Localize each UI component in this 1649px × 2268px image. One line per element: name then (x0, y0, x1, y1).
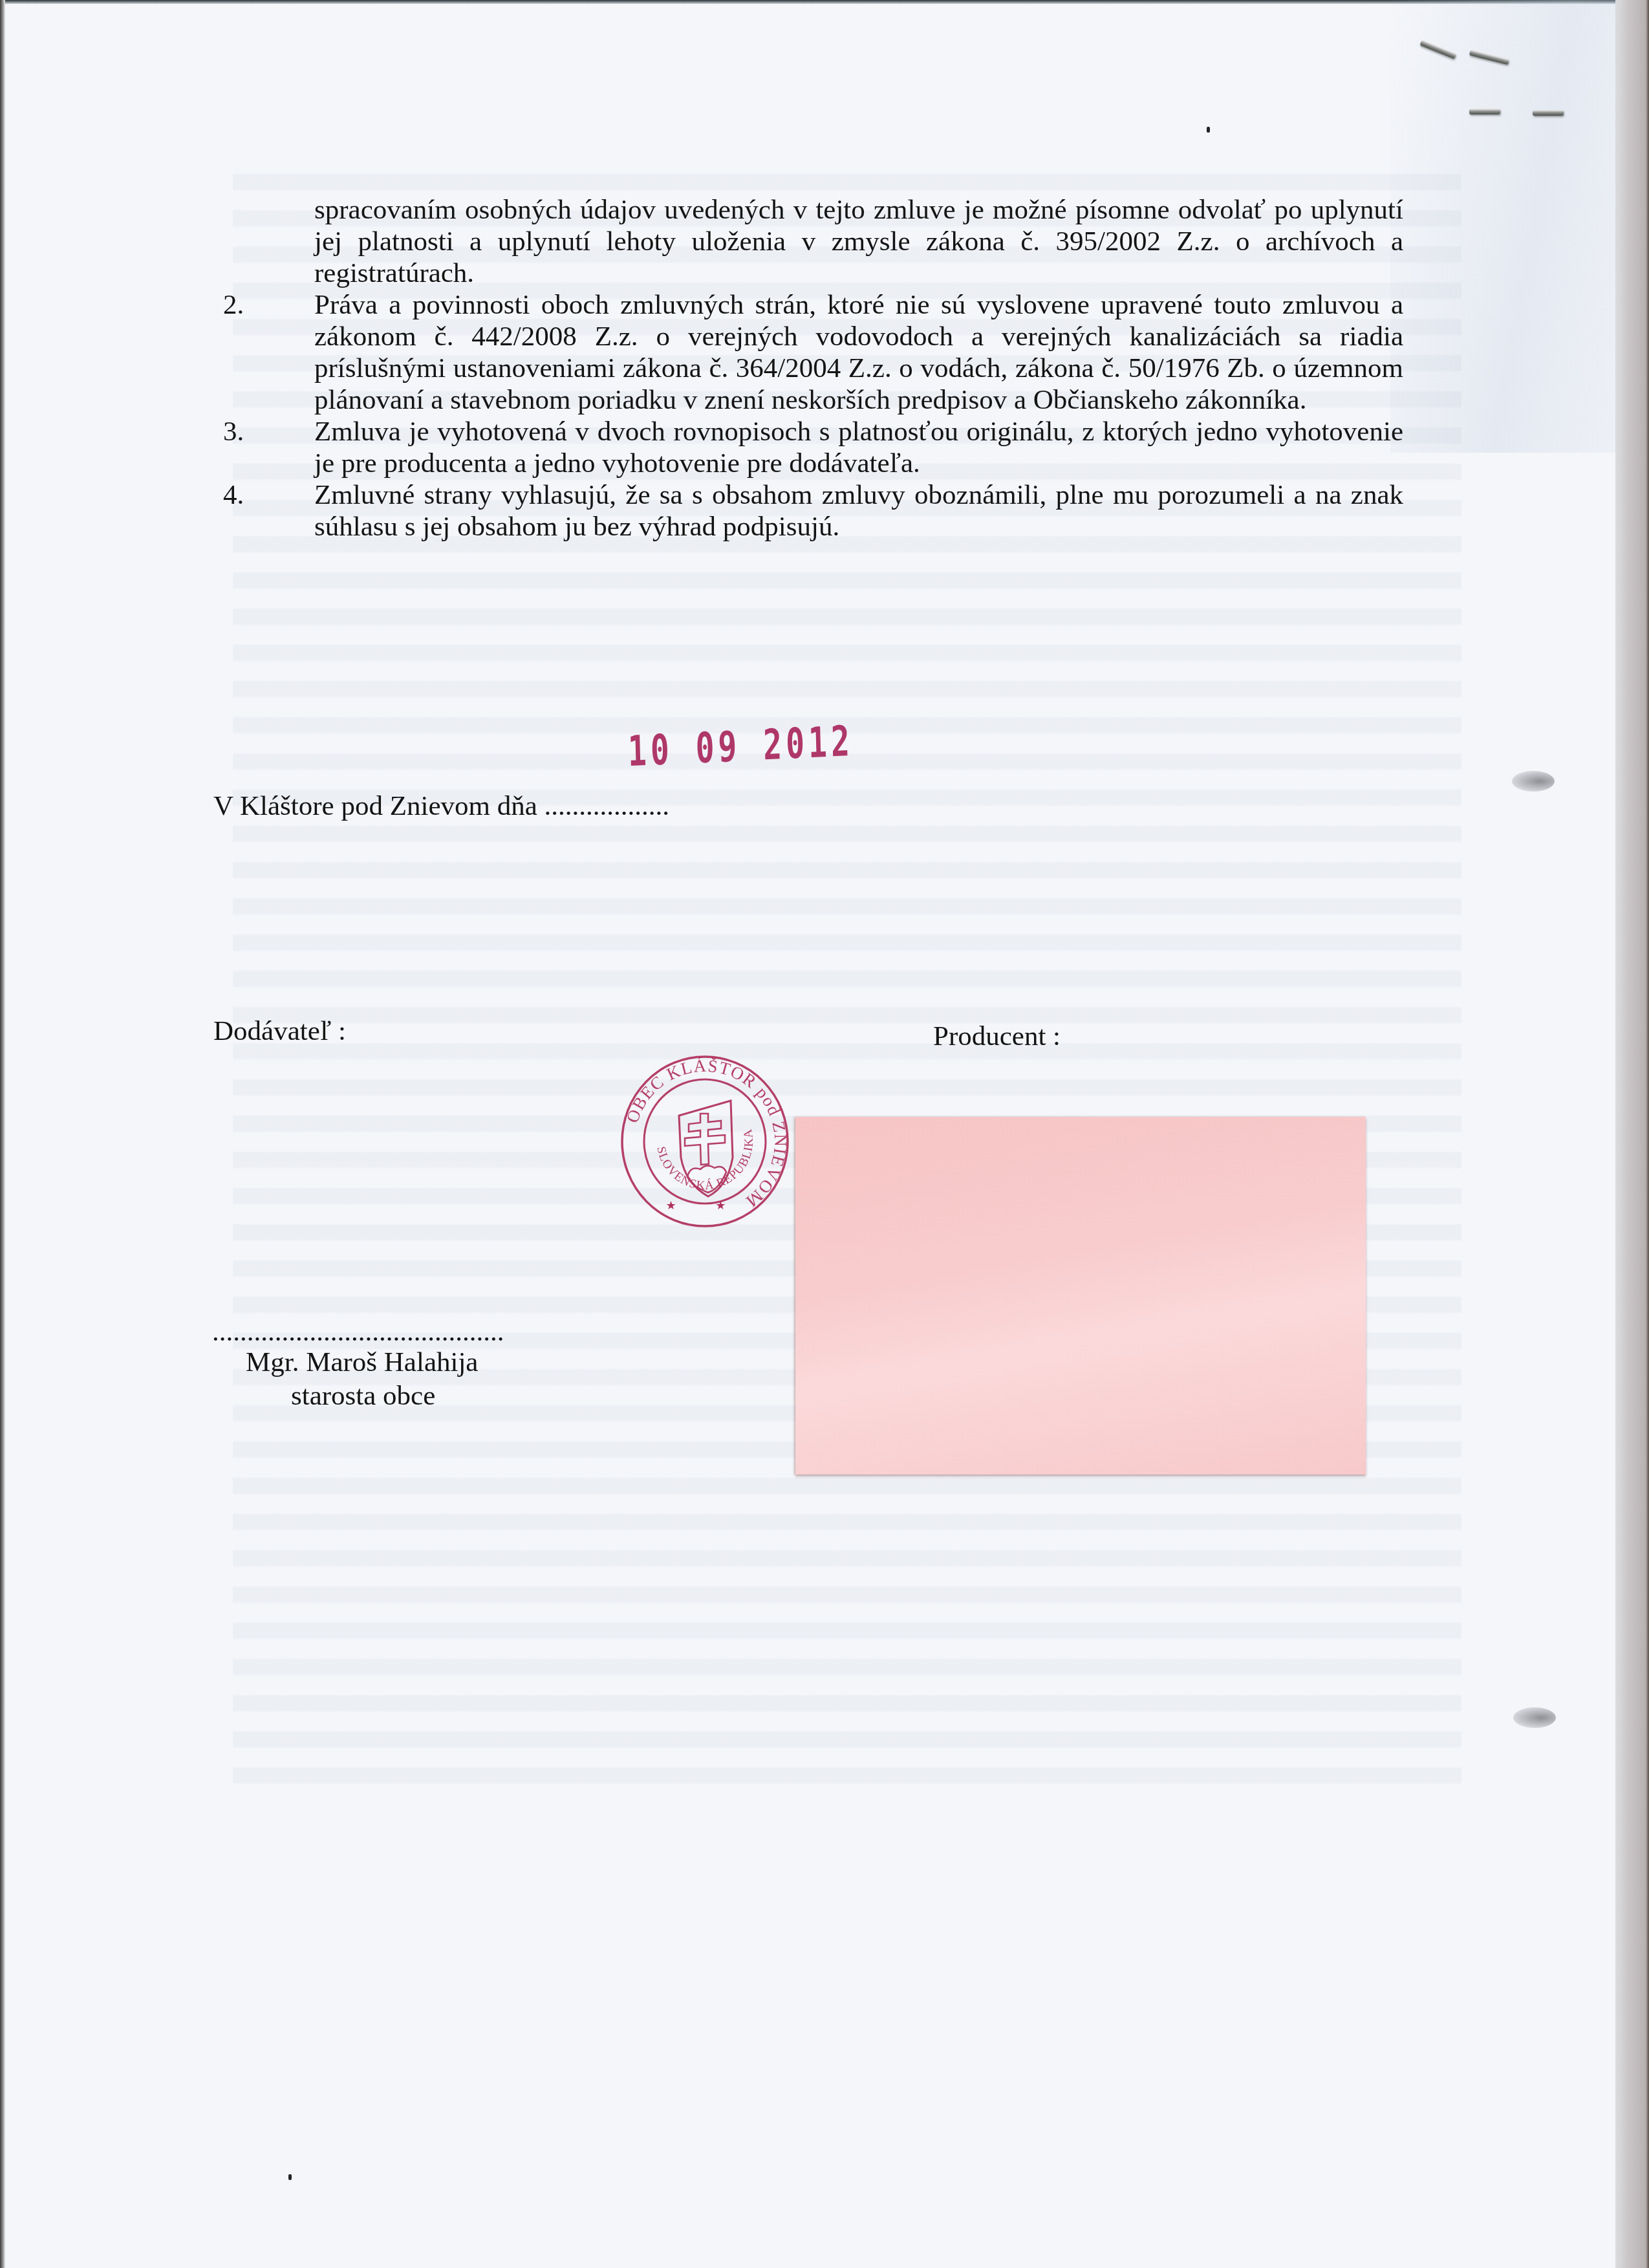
staple-icon (1533, 110, 1564, 116)
producer-label: Producent : (933, 1021, 1061, 1052)
scan-edge-left (0, 0, 5, 2268)
svg-text:SLOVENSKÁ REPUBLIKA: SLOVENSKÁ REPUBLIKA (654, 1128, 756, 1193)
item-text: Zmluva je vyhotovená v dvoch rovnopisoch… (314, 416, 1403, 479)
punch-hole-icon (1513, 1707, 1556, 1728)
supplier-label: Dodávateľ : (213, 1015, 346, 1047)
list-item: 2. Práva a povinnosti oboch zmluvných st… (194, 289, 1403, 416)
punch-hole-icon (1512, 771, 1555, 792)
scan-edge-right (1615, 0, 1649, 2268)
sticky-note-redaction (795, 1117, 1366, 1474)
signature-line: ........................................… (212, 1316, 504, 1348)
item-text: Zmluvné strany vyhlasujú, že sa s obsaho… (314, 479, 1403, 543)
item-text: Práva a povinnosti oboch zmluvných strán… (314, 289, 1403, 416)
scan-speck (288, 2174, 292, 2180)
scan-speck (1207, 127, 1210, 133)
signer-role: starosta obce (291, 1380, 435, 1412)
item-number: 4. (194, 479, 314, 543)
place-date-line: V Kláštore pod Znievom dňa .............… (213, 790, 669, 822)
list-item: 4. Zmluvné strany vyhlasujú, že sa s obs… (194, 479, 1403, 543)
contract-body: spracovaním osobných údajov uvedených v … (194, 194, 1403, 543)
seal-inner-text: SLOVENSKÁ REPUBLIKA (654, 1128, 756, 1193)
continuation-paragraph: spracovaním osobných údajov uvedených v … (194, 194, 1403, 289)
list-item: 3. Zmluva je vyhotovená v dvoch rovnopis… (194, 416, 1403, 479)
signer-name: Mgr. Maroš Halahija (246, 1346, 478, 1378)
seal-stars: ★ ★ (666, 1199, 744, 1212)
item-number: 3. (194, 416, 314, 479)
staple-icon (1469, 109, 1500, 114)
item-number: 2. (194, 289, 314, 416)
official-seal-icon: OBEC KLÁŠTOR pod ZNIEVOM SLOVENSKÁ REPUB… (618, 1054, 792, 1229)
